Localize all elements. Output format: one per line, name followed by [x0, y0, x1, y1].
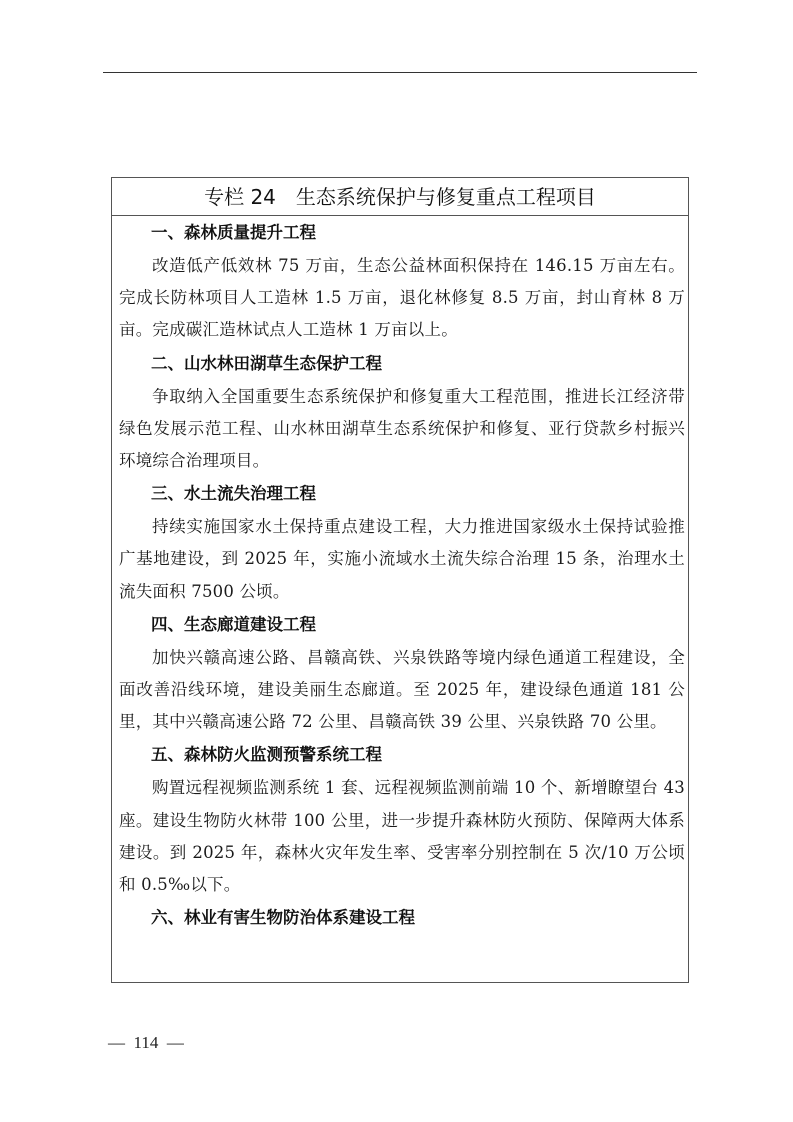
panel-body: 一、森林质量提升工程 改造低产低效林 75 万亩，生态公益林面积保持在 146.… — [112, 216, 688, 935]
feature-panel: 专栏 24 生态系统保护与修复重点工程项目 一、森林质量提升工程 改造低产低效林… — [111, 177, 689, 983]
section-body-4: 加快兴赣高速公路、昌赣高铁、兴泉铁路等境内绿色通道工程建设，全面改善沿线环境，建… — [119, 642, 685, 739]
panel-title: 专栏 24 生态系统保护与修复重点工程项目 — [112, 178, 688, 216]
section-body-5: 购置远程视频监测系统 1 套、远程视频监测前端 10 个、新增瞭望台 43 座。… — [119, 772, 685, 901]
page-number: — 114 — — [108, 1033, 184, 1053]
section-heading-3: 三、水土流失治理工程 — [119, 477, 685, 511]
section-heading-5: 五、森林防火监测预警系统工程 — [119, 738, 685, 772]
section-body-3: 持续实施国家水土保持重点建设工程，大力推进国家级水土保持试验推广基地建设，到 2… — [119, 511, 685, 608]
section-heading-1: 一、森林质量提升工程 — [119, 216, 685, 250]
header-rule — [103, 72, 697, 73]
section-heading-2: 二、山水林田湖草生态保护工程 — [119, 347, 685, 381]
section-body-1: 改造低产低效林 75 万亩，生态公益林面积保持在 146.15 万亩左右。完成长… — [119, 250, 685, 347]
section-body-2: 争取纳入全国重要生态系统保护和修复重大工程范围，推进长江经济带绿色发展示范工程、… — [119, 381, 685, 478]
section-heading-6: 六、林业有害生物防治体系建设工程 — [119, 901, 685, 935]
section-heading-4: 四、生态廊道建设工程 — [119, 608, 685, 642]
